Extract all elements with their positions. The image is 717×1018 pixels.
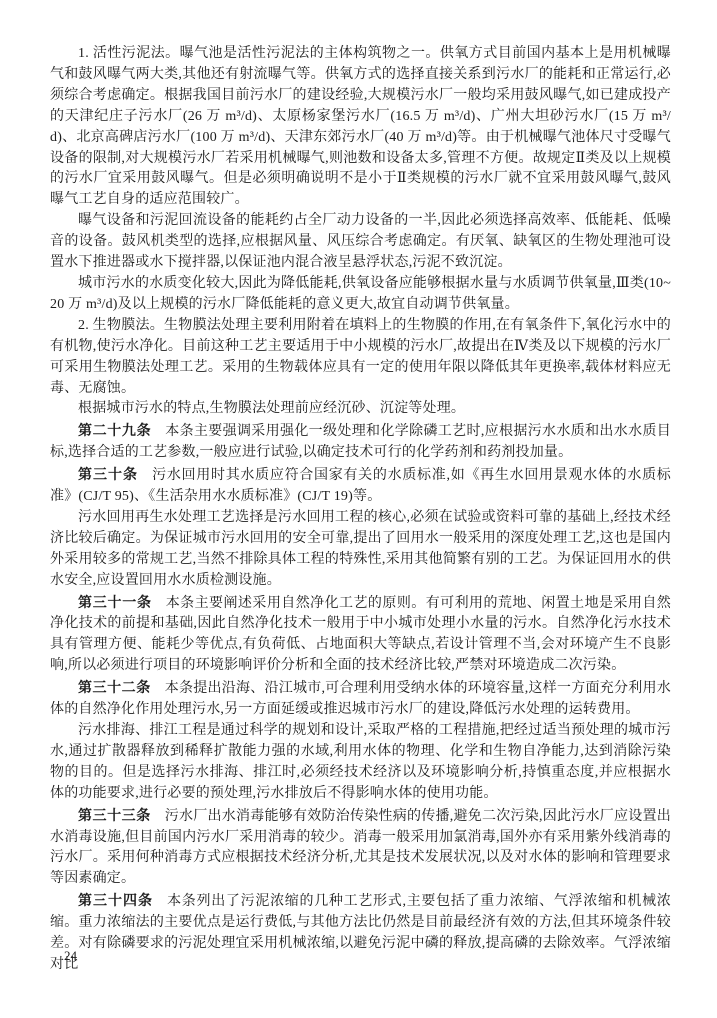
article-30: 第三十条污水回用时其水质应符合国家有关的水质标准,如《再生水回用景观水体的水质标… <box>50 464 671 508</box>
paragraph-text: 2. 生物膜法。生物膜法处理主要利用附着在填料上的生物膜的作用,在有氧条件下,氧… <box>50 318 671 396</box>
paragraph-text: 污水排海、排江工程是通过科学的规划和设计,采取严格的工程措施,把经过适当预处理的… <box>50 723 671 801</box>
paragraph-text: 曝气设备和污泥回流设备的能耗约占全厂动力设备的一半,因此必须选择高效率、低能耗、… <box>50 213 671 270</box>
document-page: 1. 活性污泥法。曝气池是活性污泥法的主体构筑物之一。供氧方式目前国内基本上是用… <box>0 0 717 1018</box>
paragraph-text: 污水回用再生水处理工艺选择是污水回用工程的核心,必须在试验或资料可靠的基础上,经… <box>50 510 671 588</box>
article-32-number: 第三十二条 <box>78 679 151 695</box>
article-31: 第三十一条本条主要阐述采用自然净化工艺的原则。有可利用的荒地、闲置土地是采用自然… <box>50 592 671 678</box>
para-aeration-equipment: 曝气设备和污泥回流设备的能耗约占全厂动力设备的一半,因此必须选择高效率、低能耗、… <box>50 211 671 274</box>
article-33-number: 第三十三条 <box>78 807 151 823</box>
para-water-reuse-process: 污水回用再生水处理工艺选择是污水回用工程的核心,必须在试验或资料可靠的基础上,经… <box>50 508 671 592</box>
article-33: 第三十三条污水厂出水消毒能够有效防治传染性病的传播,避免二次污染,因此污水厂应设… <box>50 805 671 891</box>
paragraph-text: 污水回用时其水质应符合国家有关的水质标准,如《再生水回用景观水体的水质标准》(C… <box>50 468 671 504</box>
paragraph-text: 城市污水的水质变化较大,因此为降低能耗,供氧设备应能够根据水量与水质调节供氧量,… <box>50 276 671 312</box>
article-32: 第三十二条本条提出沿海、沿江城市,可合理利用受纳水体的环境容量,这样一方面充分利… <box>50 677 671 721</box>
para-biofilm-pretreatment: 根据城市污水的特点,生物膜法处理前应经沉砂、沉淀等处理。 <box>50 399 671 420</box>
para-activated-sludge: 1. 活性污泥法。曝气池是活性污泥法的主体构筑物之一。供氧方式目前国内基本上是用… <box>50 44 671 211</box>
article-29-number: 第二十九条 <box>78 422 151 438</box>
para-sea-river-discharge: 污水排海、排江工程是通过科学的规划和设计,采取严格的工程措施,把经过适当预处理的… <box>50 721 671 805</box>
paragraph-text: 1. 活性污泥法。曝气池是活性污泥法的主体构筑物之一。供氧方式目前国内基本上是用… <box>50 46 671 207</box>
article-34: 第三十四条本条列出了污泥浓缩的几种工艺形式,主要包括了重力浓缩、气浮浓缩和机械浓… <box>50 890 671 976</box>
body-text: 1. 活性污泥法。曝气池是活性污泥法的主体构筑物之一。供氧方式目前国内基本上是用… <box>50 44 671 976</box>
article-34-number: 第三十四条 <box>78 892 153 908</box>
article-31-number: 第三十一条 <box>78 594 152 610</box>
para-biofilm-method: 2. 生物膜法。生物膜法处理主要利用附着在填料上的生物膜的作用,在有氧条件下,氧… <box>50 316 671 400</box>
article-30-number: 第三十条 <box>78 466 138 482</box>
para-oxygen-adjustment: 城市污水的水质变化较大,因此为降低能耗,供氧设备应能够根据水量与水质调节供氧量,… <box>50 274 671 316</box>
article-29: 第二十九条本条主要强调采用强化一级处理和化学除磷工艺时,应根据污水水质和出水水质… <box>50 420 671 464</box>
paragraph-text: 根据城市污水的特点,生物膜法处理前应经沉砂、沉淀等处理。 <box>78 401 465 416</box>
page-number: 24 <box>64 948 77 964</box>
